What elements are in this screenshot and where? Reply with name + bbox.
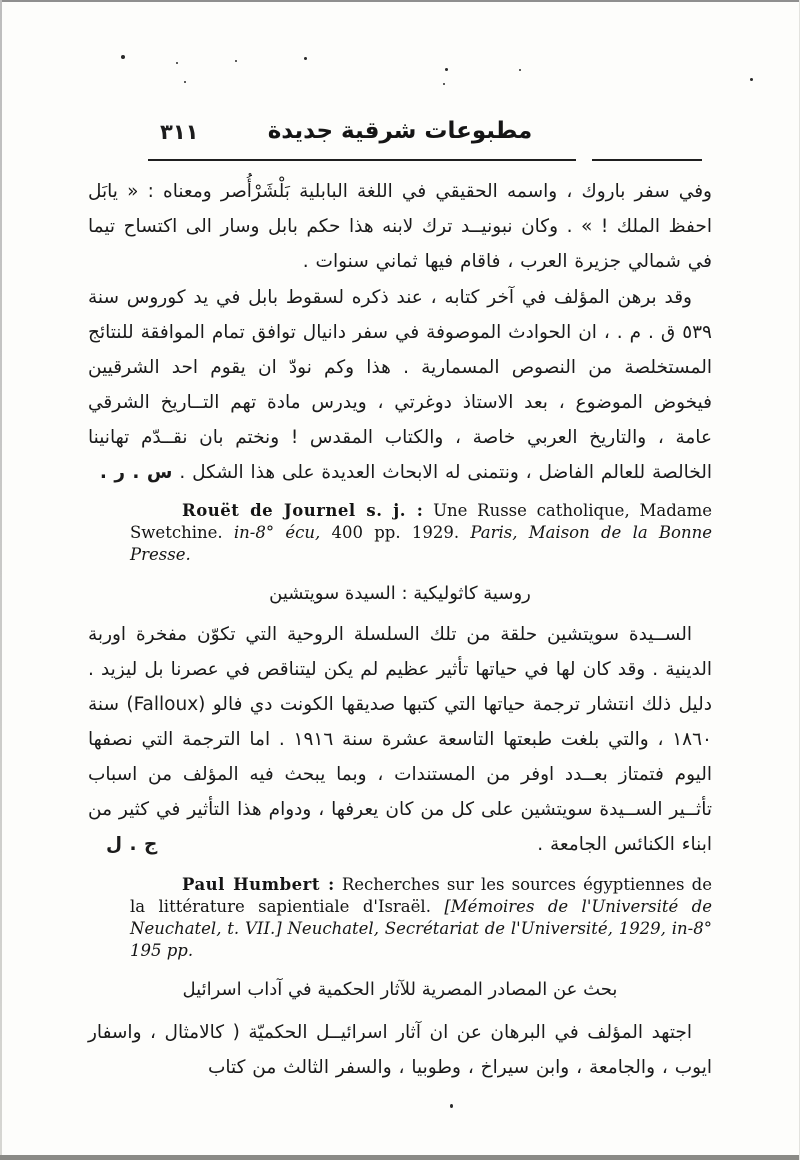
scan-speckle xyxy=(750,78,753,81)
paragraph-israel: اجتهد المؤلف في البرهان عن ان آثار اسرائ… xyxy=(88,1015,712,1085)
paragraph-babylon-1: وفي سفر باروك ، واسمه الحقيقي في اللغة ا… xyxy=(88,174,712,279)
page-number: ٣١١ xyxy=(160,120,198,144)
reviewer-initials-jl: ج . ل xyxy=(106,827,177,862)
header-rule-segment xyxy=(592,159,702,161)
review-heading-swetchine: روسية كاثوليكية : السيدة سويتشين xyxy=(88,581,712,607)
bib-author: Rouët de Journel s. j. : xyxy=(182,501,423,520)
paragraph-swetchine-text: الســيدة سويتشين حلقة من تلك السلسلة الر… xyxy=(88,624,712,855)
scanned-page: { "header": { "page_number": "٣١١", "tit… xyxy=(0,0,800,1160)
scan-edge-left xyxy=(0,0,2,1160)
bib-format: in-8° écu, xyxy=(234,523,320,542)
scan-edge-bottom xyxy=(0,1155,800,1160)
review-heading-israel: بحث عن المصادر المصرية للآثار الحكمية في… xyxy=(88,977,712,1003)
bib-entry-humbert: Paul Humbert : Recherches sur les source… xyxy=(130,874,712,962)
paragraph-babylon-2: وقد برهن المؤلف في آخر كتابه ، عند ذكره … xyxy=(88,280,712,490)
bib-author: Paul Humbert : xyxy=(182,875,335,894)
scan-speckle xyxy=(450,1104,453,1108)
running-head: مطبوعات شرقية جديدة ٣١١ xyxy=(88,118,712,152)
bib-collation: 400 pp. 1929. xyxy=(332,523,460,542)
header-rule xyxy=(88,159,712,162)
paragraph-babylon-2-text: وقد برهن المؤلف في آخر كتابه ، عند ذكره … xyxy=(88,287,712,483)
bib-entry-rouet: Rouët de Journel s. j. : Une Russe catho… xyxy=(130,500,712,566)
paragraph-swetchine: الســيدة سويتشين حلقة من تلك السلسلة الر… xyxy=(88,617,712,862)
header-rule-segment xyxy=(148,159,576,161)
reviewer-initials-sr: س . ر . xyxy=(100,462,173,483)
page-content: مطبوعات شرقية جديدة ٣١١ وفي سفر باروك ، … xyxy=(88,0,712,1085)
